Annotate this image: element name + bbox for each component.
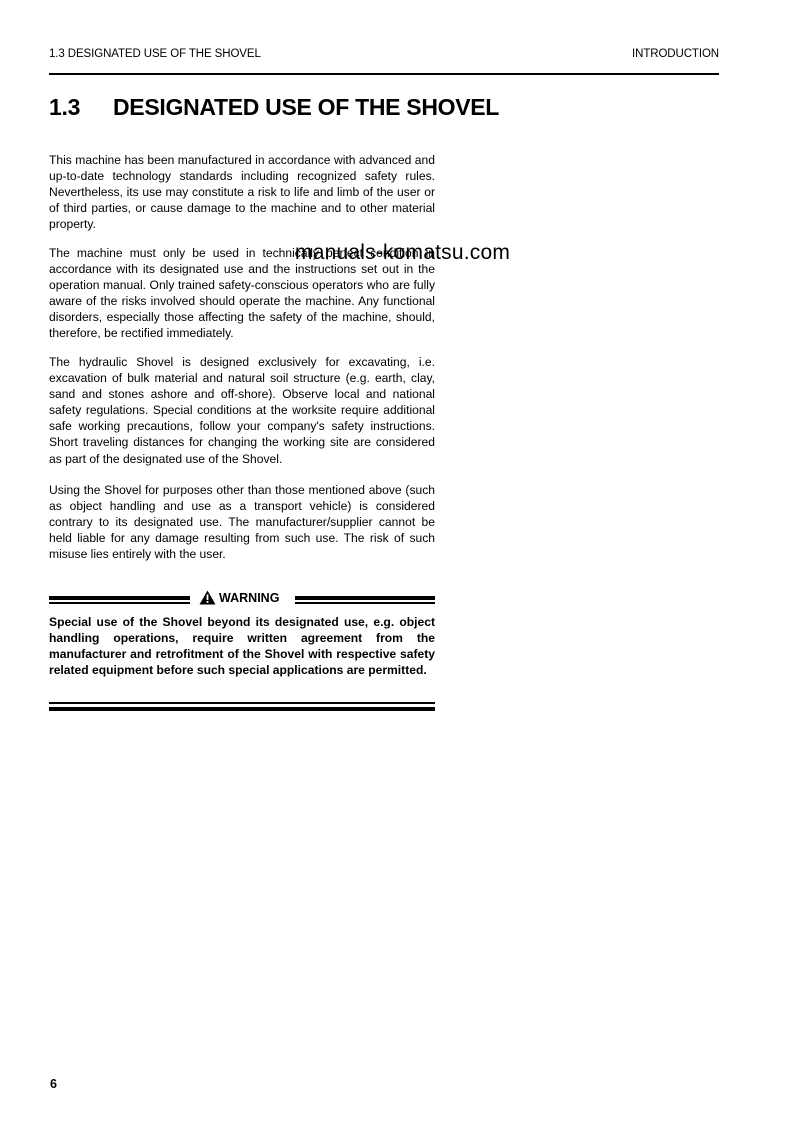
warning-label: WARNING: [199, 590, 279, 605]
paragraph-text: This machine has been manufactured in ac…: [49, 152, 435, 232]
paragraph-misuse: Using the Shovel for purposes other than…: [49, 482, 435, 562]
warning-text: Special use of the Shovel beyond its des…: [49, 614, 435, 678]
warning-rule-left: [49, 596, 190, 604]
section-title: 1.3DESIGNATED USE OF THE SHOVEL: [49, 94, 499, 121]
running-header-chapter: INTRODUCTION: [632, 48, 719, 60]
running-header-section: 1.3 DESIGNATED USE OF THE SHOVEL: [49, 48, 261, 60]
running-header: 1.3 DESIGNATED USE OF THE SHOVEL INTRODU…: [49, 46, 719, 66]
header-divider: [49, 73, 719, 75]
section-heading: DESIGNATED USE OF THE SHOVEL: [113, 94, 499, 120]
warning-header: WARNING: [49, 590, 435, 606]
section-number: 1.3: [49, 94, 113, 121]
warning-footer-rule: [49, 702, 435, 711]
paragraph-designated-use: The hydraulic Shovel is designed exclusi…: [49, 354, 435, 467]
watermark: manuals-komatsu.com: [295, 241, 510, 265]
paragraph-text: Using the Shovel for purposes other than…: [49, 482, 435, 562]
paragraph-manufacture: This machine has been manufactured in ac…: [49, 152, 435, 232]
warning-rule-right: [295, 596, 435, 604]
page-number: 6: [50, 1077, 57, 1091]
warning-triangle-icon: [199, 590, 216, 605]
warning-label-text: WARNING: [219, 591, 279, 605]
paragraph-text: The hydraulic Shovel is designed exclusi…: [49, 354, 435, 467]
